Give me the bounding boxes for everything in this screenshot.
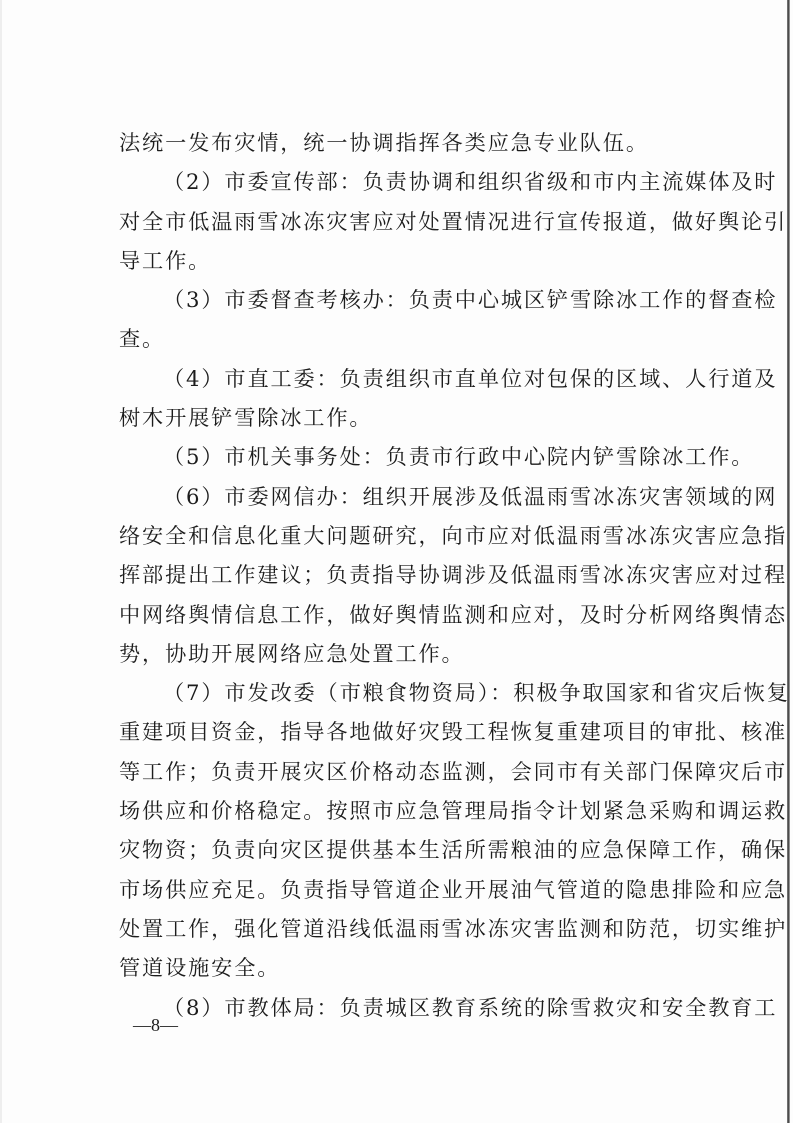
paragraph-line: （2）市委宣传部：负责协调和组织省级和市内主流媒体及时 <box>119 162 703 201</box>
paragraph-line: （6）市委网信办：组织开展涉及低温雨雪冰冻灾害领域的网 <box>119 477 703 516</box>
scan-edge-left <box>0 0 2 1123</box>
paragraph-line: 处置工作，强化管道沿线低温雨雪冰冻灾害监测和防范，切实维护 <box>119 909 703 948</box>
document-page: 法统一发布灾情，统一协调指挥各类应急专业队伍。 （2）市委宣传部：负责协调和组织… <box>0 0 793 1123</box>
paragraph-line: 等工作；负责开展灾区价格动态监测，会同市有关部门保障灾后市 <box>119 752 703 791</box>
paragraph-line: 挥部提出工作建议；负责指导协调涉及低温雨雪冰冻灾害应对过程 <box>119 555 703 594</box>
paragraph-line: 树木开展铲雪除冰工作。 <box>119 398 703 437</box>
paragraph-line: 市场供应充足。负责指导管道企业开展油气管道的隐患排险和应急 <box>119 870 703 909</box>
paragraph-line: （8）市教体局：负责城区教育系统的除雪救灾和安全教育工 <box>119 988 703 1027</box>
paragraph-line: 中网络舆情信息工作，做好舆情监测和应对，及时分析网络舆情态 <box>119 595 703 634</box>
paragraph-line: 查。 <box>119 319 703 358</box>
paragraph-line: 法统一发布灾情，统一协调指挥各类应急专业队伍。 <box>119 123 703 162</box>
scan-edge-right <box>787 0 790 1123</box>
paragraph-line: （7）市发改委（市粮食物资局）：积极争取国家和省灾后恢复 <box>119 673 703 712</box>
paragraph-line: 对全市低温雨雪冰冻灾害应对处置情况进行宣传报道，做好舆论引 <box>119 202 703 241</box>
paragraph-line: 导工作。 <box>119 241 703 280</box>
paragraph-line: （4）市直工委：负责组织市直单位对包保的区域、人行道及 <box>119 359 703 398</box>
paragraph-line: 势，协助开展网络应急处置工作。 <box>119 634 703 673</box>
document-body: 法统一发布灾情，统一协调指挥各类应急专业队伍。 （2）市委宣传部：负责协调和组织… <box>119 123 703 1027</box>
paragraph-line: （5）市机关事务处：负责市行政中心院内铲雪除冰工作。 <box>119 437 703 476</box>
paragraph-line: 管道设施安全。 <box>119 948 703 987</box>
paragraph-line: （3）市委督查考核办：负责中心城区铲雪除冰工作的督查检 <box>119 280 703 319</box>
paragraph-line: 灾物资；负责向灾区提供基本生活所需粮油的应急保障工作，确保 <box>119 830 703 869</box>
paragraph-line: 场供应和价格稳定。按照市应急管理局指令计划紧急采购和调运救 <box>119 791 703 830</box>
paragraph-line: 络安全和信息化重大问题研究，向市应对低温雨雪冰冻灾害应急指 <box>119 516 703 555</box>
page-number: —8— <box>133 1012 178 1038</box>
paragraph-line: 重建项目资金，指导各地做好灾毁工程恢复重建项目的审批、核准 <box>119 712 703 751</box>
